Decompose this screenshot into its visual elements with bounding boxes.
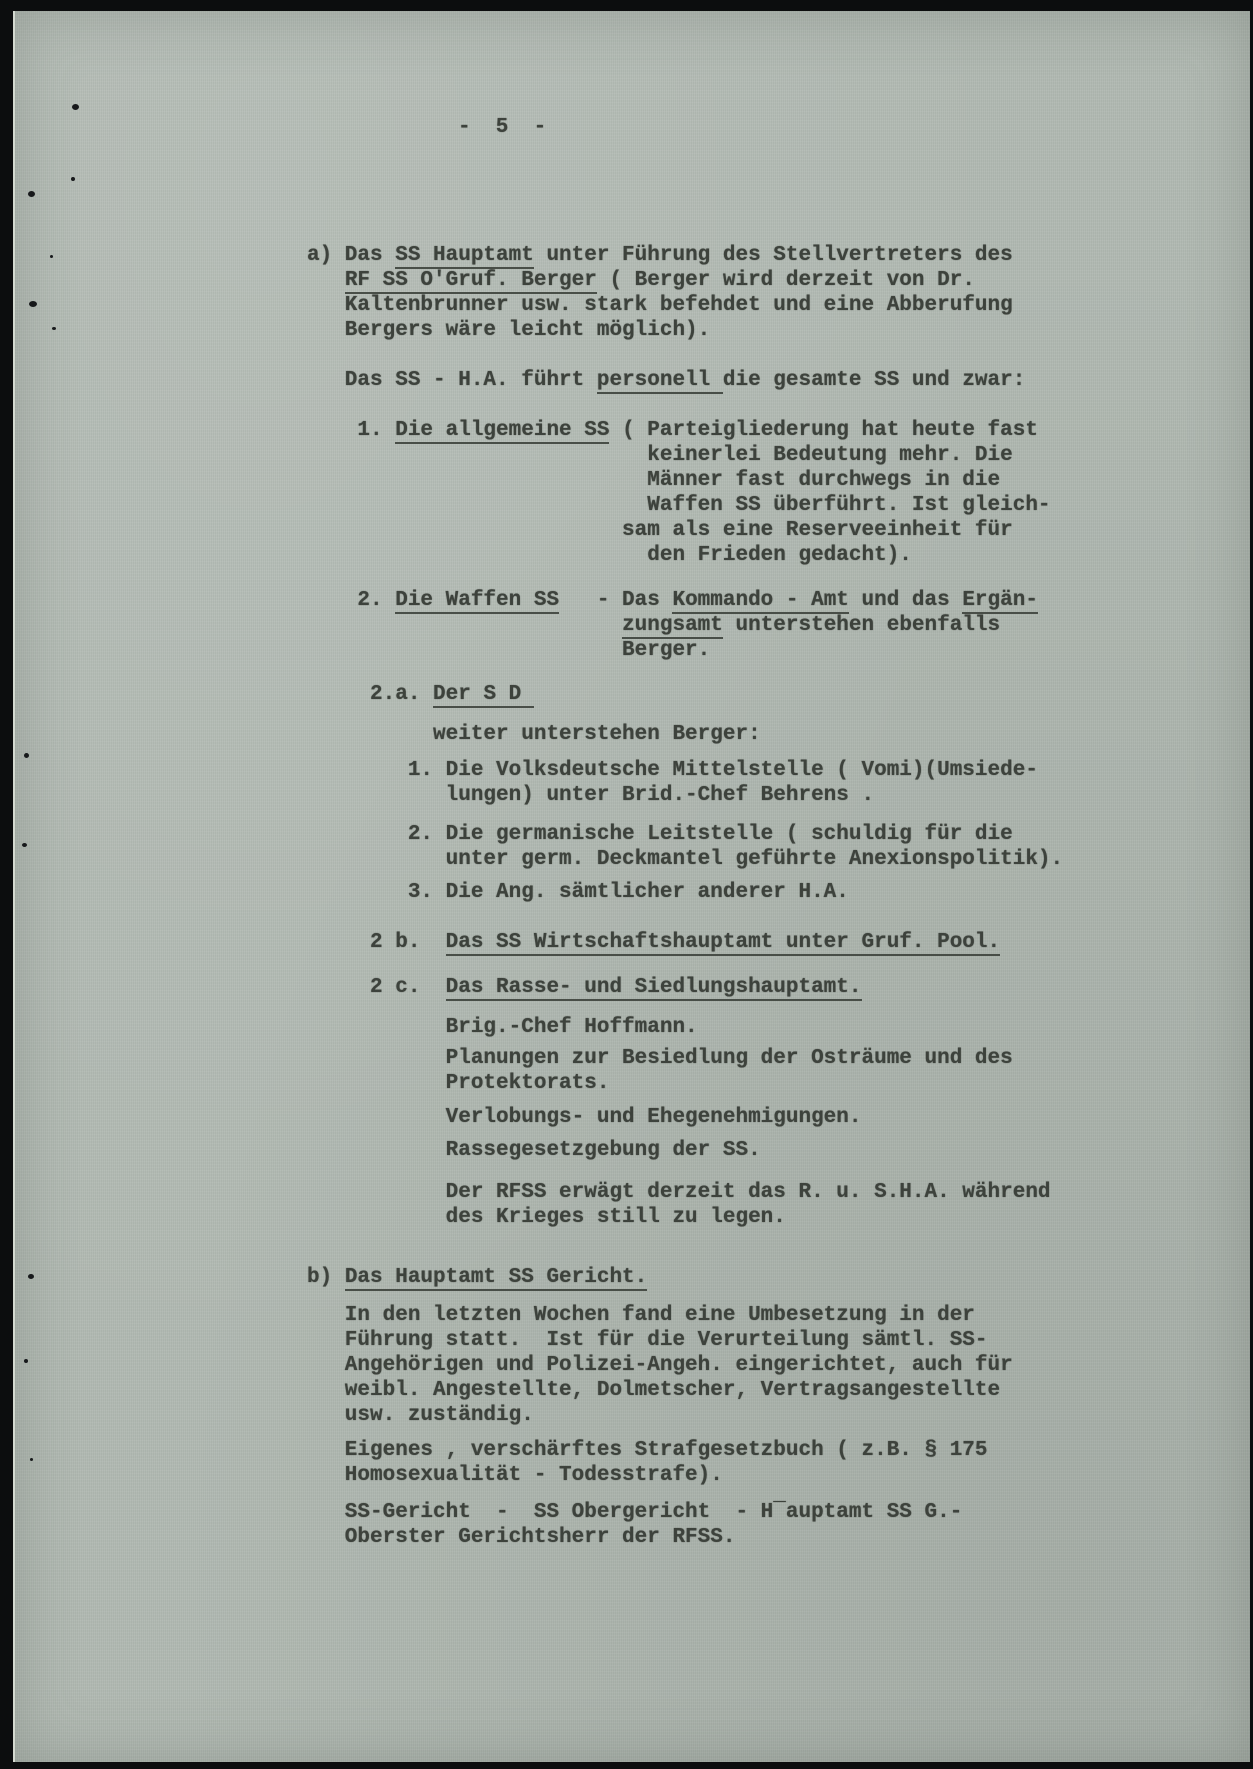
text-block-sd-weiter: weiter unterstehen Berger: xyxy=(307,722,761,747)
text-segment: Waffen SS überführt. Ist gleich- xyxy=(307,494,1051,517)
text-segment xyxy=(307,269,345,292)
text-line: Führung statt. Ist für die Verurteilung … xyxy=(307,1328,1013,1353)
text-segment: Planungen zur Besiedlung der Osträume un… xyxy=(307,1047,1013,1070)
text-block-sd-item1-vomi: 1. Die Volksdeutsche Mittelstelle ( Vomi… xyxy=(307,758,1038,808)
text-segment: unter germ. Deckmantel geführte Anexions… xyxy=(307,848,1063,871)
text-segment: Verlobungs- und Ehegenehmigungen. xyxy=(307,1106,862,1129)
text-segment: Rassegesetzgebung der SS. xyxy=(307,1139,761,1162)
text-segment: 1. xyxy=(307,419,395,442)
text-line: des Krieges still zu legen. xyxy=(307,1205,1051,1230)
text-segment: Angehörigen und Polizei-Angeh. eingerich… xyxy=(307,1354,1013,1377)
text-block-sec-2b-wirtschaftshauptamt: 2 b. Das SS Wirtschaftshauptamt unter Gr… xyxy=(307,930,1000,955)
text-line: In den letzten Wochen fand eine Umbesetz… xyxy=(307,1303,1013,1328)
text-block-a-intro: a) Das SS Hauptamt unter Führung des Ste… xyxy=(307,243,1013,343)
text-line: Planungen zur Besiedlung der Osträume un… xyxy=(307,1046,1013,1071)
scan-speck xyxy=(24,1359,28,1363)
text-segment: Der RFSS erwägt derzeit das R. u. S.H.A.… xyxy=(307,1181,1051,1204)
text-line: zungsamt unterstehen ebenfalls xyxy=(307,613,1038,638)
text-segment: 2 b. xyxy=(307,931,446,954)
text-line: Rassegesetzgebung der SS. xyxy=(307,1138,761,1163)
text-line: 2 c. Das Rasse- und Siedlungshauptamt. xyxy=(307,975,862,1000)
text-segment: ( Berger wird derzeit von Dr. xyxy=(597,269,975,292)
underlined-text: personell xyxy=(597,369,723,394)
text-segment: weibl. Angestellte, Dolmetscher, Vertrag… xyxy=(307,1379,1000,1402)
text-segment: 2. xyxy=(307,589,395,612)
underlined-text: Die Waffen SS xyxy=(395,589,559,614)
text-line: weibl. Angestellte, Dolmetscher, Vertrag… xyxy=(307,1378,1013,1403)
scan-speck xyxy=(22,843,27,847)
text-segment: a) Das xyxy=(307,244,395,267)
text-segment: den Frieden gedacht). xyxy=(307,544,912,567)
text-line: Waffen SS überführt. Ist gleich- xyxy=(307,493,1051,518)
text-segment: die gesamte SS und zwar: xyxy=(723,369,1025,392)
underlined-text: Ergän- xyxy=(962,589,1038,614)
underlined-text: Das Rasse- und Siedlungshauptamt. xyxy=(446,976,862,1001)
underlined-text: Die allgemeine SS xyxy=(395,419,609,444)
scan-speck xyxy=(30,1458,33,1461)
text-segment: Homosexualität - Todesstrafe). xyxy=(307,1464,723,1487)
text-block-sec-2c-rasse-siedlung: 2 c. Das Rasse- und Siedlungshauptamt. xyxy=(307,975,862,1000)
text-line: Brig.-Chef Hoffmann. xyxy=(307,1015,698,1040)
scanned-page: - 5 - a) Das SS Hauptamt unter Führung d… xyxy=(0,0,1253,1769)
text-segment: und das xyxy=(849,589,962,612)
scan-speck xyxy=(72,104,79,110)
text-line: 2 b. Das SS Wirtschaftshauptamt unter Gr… xyxy=(307,930,1000,955)
text-line: Verlobungs- und Ehegenehmigungen. xyxy=(307,1105,862,1130)
text-line: Angehörigen und Polizei-Angeh. eingerich… xyxy=(307,1353,1013,1378)
scan-speck xyxy=(28,1274,34,1279)
typewritten-content: a) Das SS Hauptamt unter Führung des Ste… xyxy=(0,0,1253,1769)
text-segment: b) xyxy=(307,1266,345,1289)
text-segment: Führung statt. Ist für die Verurteilung … xyxy=(307,1329,988,1352)
text-block-ssha-leads: Das SS - H.A. führt personell die gesamt… xyxy=(307,368,1025,393)
text-line: SS-Gericht - SS Obergericht - H¯auptamt … xyxy=(307,1500,962,1525)
underlined-text: Kommando - Amt xyxy=(672,589,848,614)
text-segment xyxy=(307,614,622,637)
text-segment: sam als eine Reserveeinheit für xyxy=(307,519,1013,542)
text-segment: - Das xyxy=(559,589,672,612)
text-block-planungen: Planungen zur Besiedlung der Osträume un… xyxy=(307,1046,1013,1096)
text-line: 1. Die allgemeine SS ( Parteigliederung … xyxy=(307,418,1051,443)
text-segment: Kaltenbrunner usw. stark befehdet und ei… xyxy=(307,294,1013,317)
scan-speck xyxy=(28,191,35,197)
text-block-rassegesetzgebung: Rassegesetzgebung der SS. xyxy=(307,1138,761,1163)
text-segment: unter Führung des Stellvertreters des xyxy=(534,244,1013,267)
text-line: Das SS - H.A. führt personell die gesamt… xyxy=(307,368,1025,393)
underlined-text: Das SS Wirtschaftshauptamt unter Gruf. P… xyxy=(446,931,1001,956)
text-line: Homosexualität - Todesstrafe). xyxy=(307,1463,988,1488)
text-segment: Männer fast durchwegs in die xyxy=(307,469,1000,492)
text-block-sd-item3-ang: 3. Die Ang. sämtlicher anderer H.A. xyxy=(307,880,849,905)
text-line: Männer fast durchwegs in die xyxy=(307,468,1051,493)
scan-speck xyxy=(29,301,37,307)
text-segment: 3. Die Ang. sämtlicher anderer H.A. xyxy=(307,881,849,904)
text-line: Berger. xyxy=(307,638,1038,663)
underlined-text: RF SS O'Gruf. Berger xyxy=(345,269,597,294)
text-line: Der RFSS erwägt derzeit das R. u. S.H.A.… xyxy=(307,1180,1051,1205)
text-segment: 2 c. xyxy=(307,976,446,999)
text-segment: Berger. xyxy=(307,639,710,662)
scan-speck xyxy=(52,327,56,330)
text-segment: unterstehen ebenfalls xyxy=(723,614,1000,637)
text-block-b-heading: b) Das Hauptamt SS Gericht. xyxy=(307,1265,647,1290)
text-segment: In den letzten Wochen fand eine Umbesetz… xyxy=(307,1304,975,1327)
text-line: sam als eine Reserveeinheit für xyxy=(307,518,1051,543)
text-segment: weiter unterstehen Berger: xyxy=(307,723,761,746)
text-line: 3. Die Ang. sämtlicher anderer H.A. xyxy=(307,880,849,905)
text-block-b-para1: In den letzten Wochen fand eine Umbesetz… xyxy=(307,1303,1013,1428)
text-line: 1. Die Volksdeutsche Mittelstelle ( Vomi… xyxy=(307,758,1038,783)
text-segment: 2.a. xyxy=(307,683,433,706)
text-block-item1-allgemeine-ss: 1. Die allgemeine SS ( Parteigliederung … xyxy=(307,418,1051,568)
text-line: usw. zuständig. xyxy=(307,1403,1013,1428)
text-segment: Bergers wäre leicht möglich). xyxy=(307,319,710,342)
text-block-hoffmann: Brig.-Chef Hoffmann. xyxy=(307,1015,698,1040)
text-segment: 1. Die Volksdeutsche Mittelstelle ( Vomi… xyxy=(307,759,1038,782)
text-line: a) Das SS Hauptamt unter Führung des Ste… xyxy=(307,243,1013,268)
text-line: RF SS O'Gruf. Berger ( Berger wird derze… xyxy=(307,268,1013,293)
text-segment: des Krieges still zu legen. xyxy=(307,1206,786,1229)
text-line: Bergers wäre leicht möglich). xyxy=(307,318,1013,343)
text-segment: Protektorats. xyxy=(307,1072,609,1095)
text-block-item2-waffen-ss: 2. Die Waffen SS - Das Kommando - Amt un… xyxy=(307,588,1038,663)
underlined-text: SS Hauptamt xyxy=(395,244,534,269)
text-line: Eigenes , verschärftes Strafgesetzbuch (… xyxy=(307,1438,988,1463)
text-block-rfss-erwaegt: Der RFSS erwägt derzeit das R. u. S.H.A.… xyxy=(307,1180,1051,1230)
text-block-sd-item2-leitstelle: 2. Die germanische Leitstelle ( schuldig… xyxy=(307,822,1063,872)
text-segment: ( Parteigliederung hat heute fast xyxy=(609,419,1037,442)
text-block-b-para2: Eigenes , verschärftes Strafgesetzbuch (… xyxy=(307,1438,988,1488)
text-segment: 2. Die germanische Leitstelle ( schuldig… xyxy=(307,823,1013,846)
text-line: unter germ. Deckmantel geführte Anexions… xyxy=(307,847,1063,872)
text-block-sec-2a-sd: 2.a. Der S D xyxy=(307,682,534,707)
text-segment: keinerlei Bedeutung mehr. Die xyxy=(307,444,1013,467)
text-line: keinerlei Bedeutung mehr. Die xyxy=(307,443,1051,468)
text-segment: SS-Gericht - SS Obergericht - H¯auptamt … xyxy=(307,1501,962,1524)
text-segment: Oberster Gerichtsherr der RFSS. xyxy=(307,1526,735,1549)
text-segment: Eigenes , verschärftes Strafgesetzbuch (… xyxy=(307,1439,988,1462)
text-line: den Frieden gedacht). xyxy=(307,543,1051,568)
text-line: weiter unterstehen Berger: xyxy=(307,722,761,747)
text-line: Oberster Gerichtsherr der RFSS. xyxy=(307,1525,962,1550)
text-line: 2.a. Der S D xyxy=(307,682,534,707)
scan-speck xyxy=(24,753,29,758)
text-block-verlobungs: Verlobungs- und Ehegenehmigungen. xyxy=(307,1105,862,1130)
text-line: Kaltenbrunner usw. stark befehdet und ei… xyxy=(307,293,1013,318)
text-segment: usw. zuständig. xyxy=(307,1404,534,1427)
text-segment: Brig.-Chef Hoffmann. xyxy=(307,1016,698,1039)
text-line: lungen) unter Brid.-Chef Behrens . xyxy=(307,783,1038,808)
underlined-text: Das Hauptamt SS Gericht. xyxy=(345,1266,647,1291)
text-segment: lungen) unter Brid.-Chef Behrens . xyxy=(307,784,874,807)
text-line: Protektorats. xyxy=(307,1071,1013,1096)
scan-speck xyxy=(50,255,53,258)
scan-speck xyxy=(71,177,75,181)
text-line: 2. Die germanische Leitstelle ( schuldig… xyxy=(307,822,1063,847)
underlined-text: zungsamt xyxy=(622,614,723,639)
underlined-text: Der S D xyxy=(433,683,534,708)
text-segment: Das SS - H.A. führt xyxy=(307,369,597,392)
text-line: 2. Die Waffen SS - Das Kommando - Amt un… xyxy=(307,588,1038,613)
text-block-b-para3: SS-Gericht - SS Obergericht - H¯auptamt … xyxy=(307,1500,962,1550)
text-line: b) Das Hauptamt SS Gericht. xyxy=(307,1265,647,1290)
